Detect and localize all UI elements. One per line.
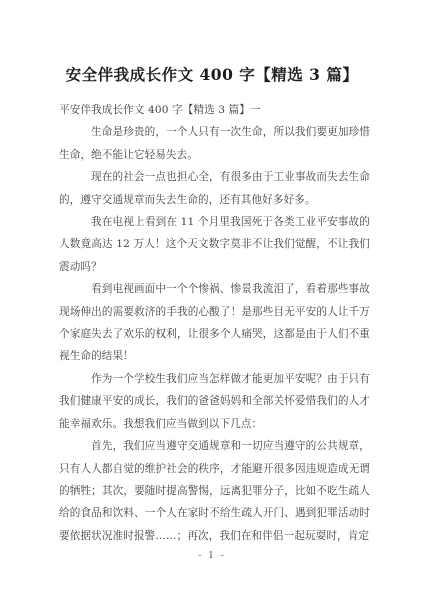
document-page: 安全伴我成长作文 400 字【精选 3 篇】 平安伴我成长作文 400 字【精选… bbox=[0, 0, 424, 600]
paragraph: 首先，我们应当遵守交通规章和一切应当遵守的公共规章，只有人人都自觉的维护社会的秩… bbox=[59, 435, 370, 547]
document-subtitle: 平安伴我成长作文 400 字【精选 3 篇】一 bbox=[59, 99, 370, 121]
paragraph: 我在电视上看到在 11 个月里我国死于各类工业平安事故的人数竟高达 12 万人！… bbox=[59, 211, 370, 278]
paragraph: 作为一个学校生我们应当怎样做才能更加平安呢？由于只有我们健康平安的成长，我们的爸… bbox=[59, 368, 370, 435]
document-title: 安全伴我成长作文 400 字【精选 3 篇】 bbox=[0, 63, 424, 85]
document-body: 平安伴我成长作文 400 字【精选 3 篇】一 生命是珍贵的，一个人只有一次生命… bbox=[59, 99, 370, 547]
paragraph: 看到电视画面中一个个惨祸、惨景我流泪了，看着那些事故现场伸出的需要救济的手我的心… bbox=[59, 278, 370, 368]
paragraph: 生命是珍贵的，一个人只有一次生命，所以我们要更加珍惜生命，绝不能让它轻易失去。 bbox=[59, 121, 370, 166]
page-number: - 1 - bbox=[0, 551, 424, 561]
paragraph: 现在的社会一点也担心全，有很多由于工业事故而失去生命的，遵守交通规章而失去生命的… bbox=[59, 166, 370, 211]
